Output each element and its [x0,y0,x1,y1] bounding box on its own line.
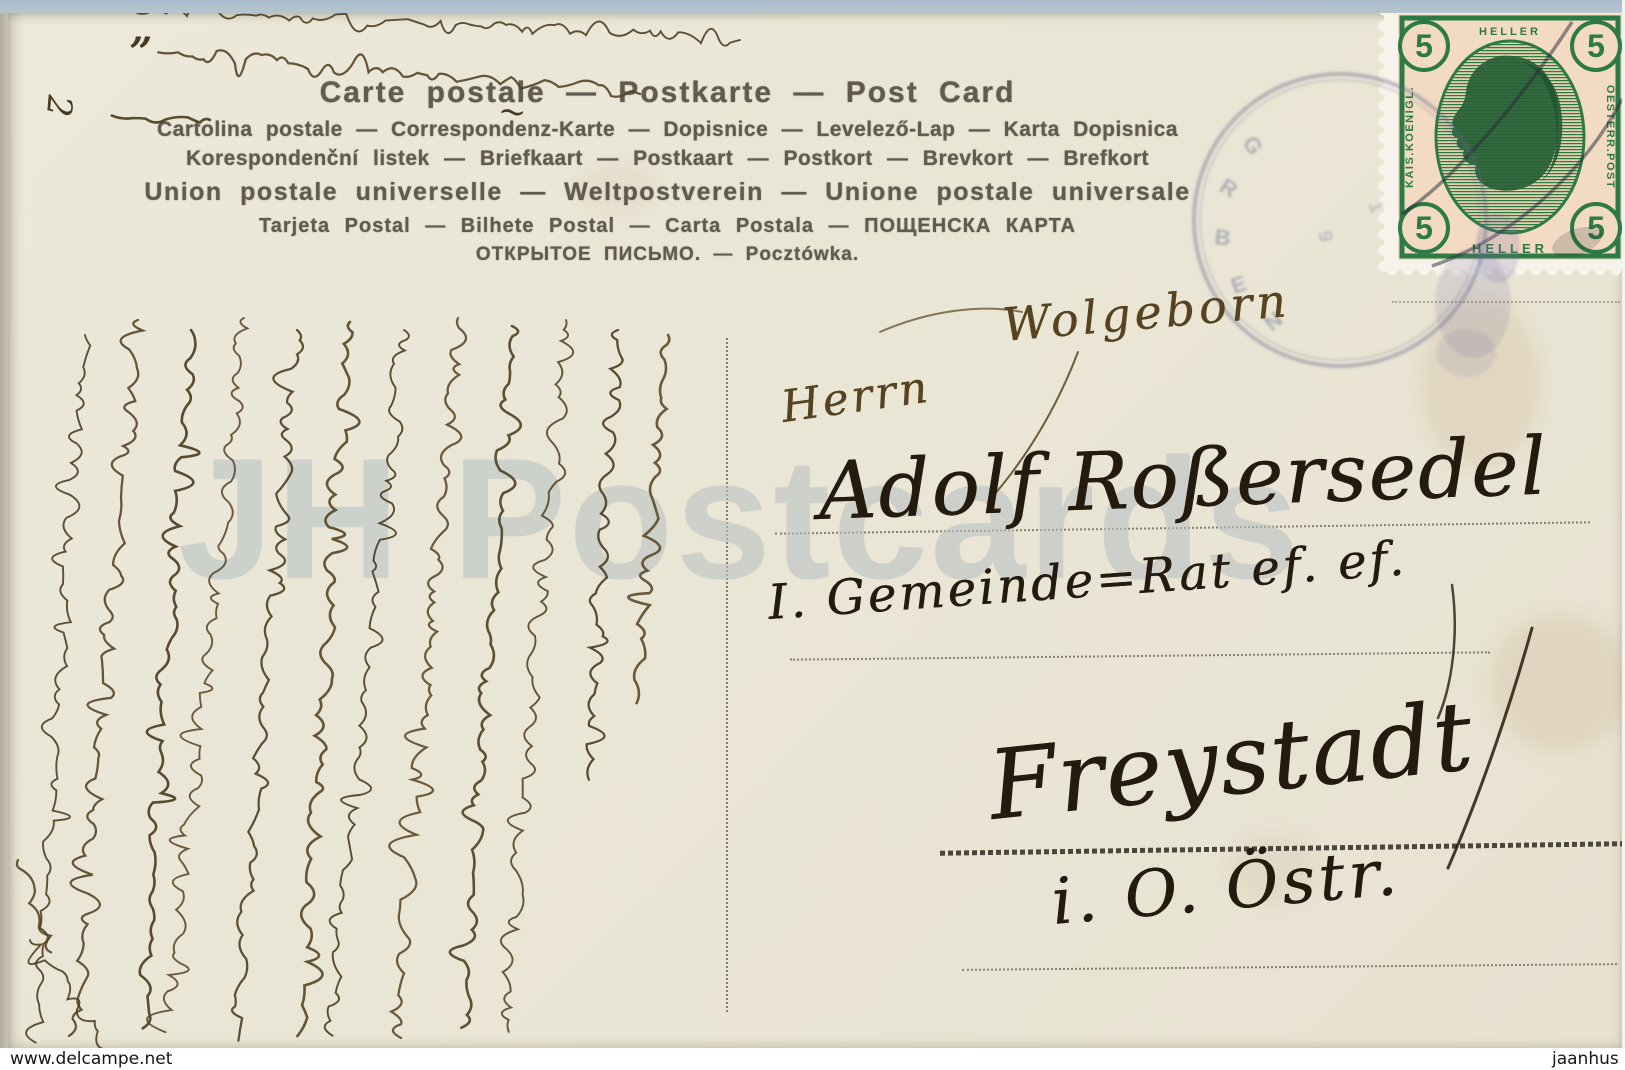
ink-smudge [1476,213,1520,283]
header-line-6: ОТКРЫТОЕ ПИСЬМО. — Pocztówka. [60,244,1275,266]
footer-seller-text: jaanhus [1552,1049,1619,1069]
header-line-5: Tarjeta Postal — Bilhete Postal — Carta … [60,215,1275,238]
quote-mark: „ [130,6,153,53]
corner-numeral: 2 [38,93,80,118]
stamp-value-5: 5 [1587,28,1605,64]
paper-stain [1490,613,1625,753]
scanner-edge-left [0,13,8,1048]
header-line-4: Union postale universelle — Weltpostvere… [60,178,1275,207]
scan-footer-strip: www.delcampe.net jaanhus [0,1048,1625,1070]
printed-header: Carte postale — Postkarte — Post Card Ca… [60,76,1275,266]
postmark-letter: G [1238,131,1268,159]
postmark-letter: B [1213,224,1231,251]
header-line-1: Carte postale — Postkarte — Post Card [60,76,1275,110]
dash-mark: ~ [495,90,529,134]
postmark-digit: 1 [1363,198,1387,216]
stamp-top-label: HELLER [1479,26,1541,38]
footer-site-text: www.delcampe.net [10,1049,172,1069]
ink-smudge [1436,329,1496,377]
header-line-2: Cartolina postale — Correspondenz-Karte … [60,118,1275,142]
header-line-3: Korespondenční listek — Briefkaart — Pos… [60,147,1275,171]
postmark-letter: R [1215,173,1242,203]
postcard-scan: Carte postale — Postkarte — Post Card Ca… [0,0,1625,1070]
scanner-edge-top [0,0,1625,13]
postmark-digit: 9 [1313,229,1337,244]
postmark: N E B R G 9 1 [1168,48,1528,418]
stamp-right-label: OESTERR.POST [1604,85,1616,189]
